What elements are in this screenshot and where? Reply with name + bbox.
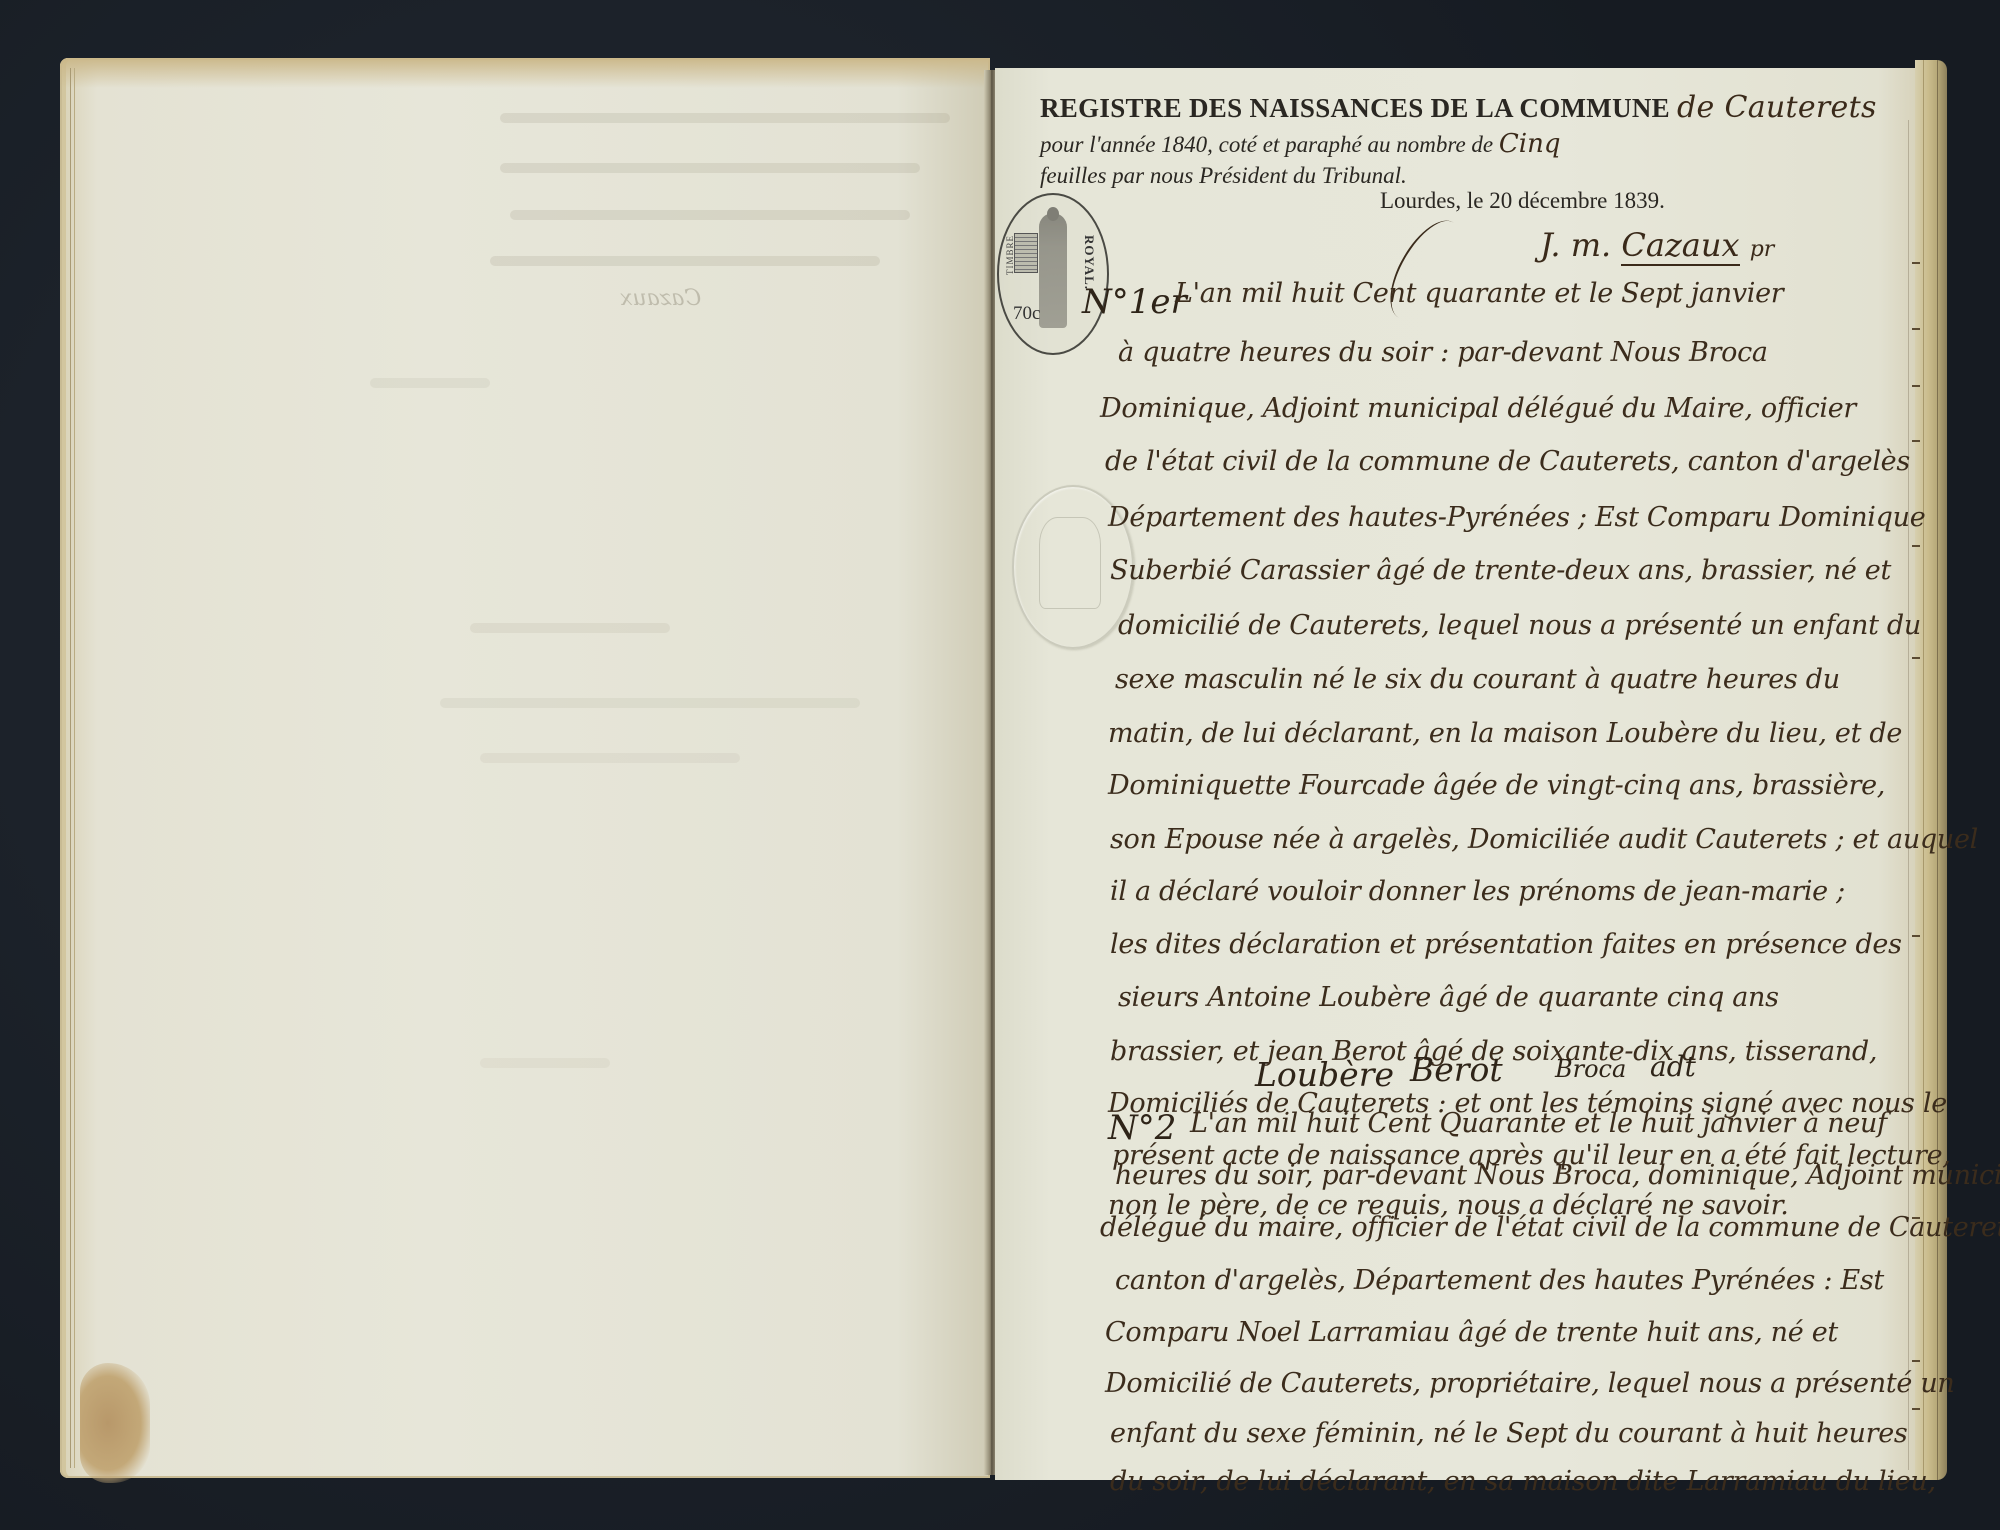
- entry1-line: domicilié de Cauterets, lequel nous a pr…: [1118, 610, 1921, 641]
- signature-suffix: pr: [1750, 237, 1775, 262]
- bleed-through-line: [440, 698, 860, 708]
- entry1-line: L'an mil huit Cent quarante et le Sept j…: [1175, 278, 1783, 309]
- stamp-value: 70c: [1013, 303, 1040, 325]
- signature-name: Cazaux: [1621, 226, 1739, 266]
- margin-tick: [1912, 1408, 1920, 1410]
- entry2-line: heures du soir, par-devant Nous Broca, d…: [1115, 1160, 2000, 1191]
- bleed-through-line: [470, 623, 670, 633]
- stamp-tablet-icon: [1014, 233, 1038, 273]
- margin-tick: [1912, 1360, 1920, 1362]
- president-signature: J. m. Cazaux pr: [1540, 226, 1774, 264]
- entry1-line: Dominique, Adjoint municipal délégué du …: [1100, 393, 1856, 424]
- bleed-through-line: [490, 256, 880, 266]
- signature-initials: J. m.: [1540, 226, 1611, 264]
- bleed-through-word: Cazaux: [620, 286, 701, 311]
- margin-tick: [1912, 935, 1920, 937]
- margin-tick: [1912, 440, 1920, 442]
- bleed-through-line: [480, 1058, 610, 1068]
- water-stain: [80, 1363, 150, 1483]
- stamp-legend-left: TIMBRE: [1005, 235, 1015, 275]
- bleed-through-line: [500, 163, 920, 173]
- margin-tick: [1912, 385, 1920, 387]
- entry1-line: les dites déclaration et présentation fa…: [1110, 929, 1902, 960]
- entry1-line: Dominiquette Fourcade âgée de vingt-cinq…: [1108, 770, 1885, 801]
- entry1-line: son Epouse née à argelès, Domiciliée aud…: [1110, 824, 1978, 855]
- title-printed: REGISTRE DES NAISSANCES DE LA COMMUNE: [1040, 93, 1670, 123]
- entry-number-1: N°1er: [1082, 282, 1187, 322]
- signature-broca: Broca: [1555, 1055, 1626, 1083]
- entry2-line: Domicilié de Cauterets, propriétaire, le…: [1105, 1368, 1955, 1399]
- entry2-line: L'an mil huit Cent Quarante et le huit j…: [1190, 1108, 1887, 1139]
- signature-adjoint: adt: [1650, 1050, 1696, 1083]
- entry1-line: matin, de lui déclarant, en la maison Lo…: [1108, 718, 1902, 749]
- register-spread: Cazaux REGISTRE DES NAISSANCES DE LA COM…: [0, 0, 2000, 1530]
- entry1-line: de l'état civil de la commune de Cautere…: [1105, 446, 1910, 477]
- margin-tick: [1912, 328, 1920, 330]
- margin-tick: [1912, 545, 1920, 547]
- margin-rule: [1908, 120, 1909, 1470]
- register-header: REGISTRE DES NAISSANCES DE LA COMMUNE de…: [1040, 90, 1900, 189]
- left-page: Cazaux: [60, 58, 990, 1478]
- register-year-line: pour l'année 1840, coté et paraphé au no…: [1040, 129, 1900, 159]
- commune-name-handwritten: de Cauterets: [1677, 90, 1877, 125]
- margin-tick: [1912, 262, 1920, 264]
- top-edge-stain: [60, 58, 990, 88]
- stamp-figure-icon: [1039, 213, 1067, 328]
- right-page-edge: [1915, 60, 1947, 1480]
- entry1-line: il a déclaré vouloir donner les prénoms …: [1110, 876, 1845, 907]
- entry1-line: Département des hautes-Pyrénées ; Est Co…: [1108, 502, 1925, 533]
- entry2-line: Comparu Noel Larramiau âgé de trente hui…: [1105, 1317, 1838, 1348]
- entry2-line: enfant du sexe féminin, né le Sept du co…: [1110, 1418, 1907, 1449]
- entry1-line: sexe masculin né le six du courant à qua…: [1115, 664, 1840, 695]
- entry1-line: sieurs Antoine Loubère âgé de quarante c…: [1118, 982, 1779, 1013]
- signature-loubere: Loubère: [1255, 1055, 1394, 1094]
- entry1-line: Suberbié Carassier âgé de trente-deux an…: [1110, 555, 1891, 586]
- sheet-count-handwritten: Cinq: [1499, 129, 1561, 159]
- bleed-through-line: [480, 753, 740, 763]
- register-title: REGISTRE DES NAISSANCES DE LA COMMUNE de…: [1040, 90, 1900, 125]
- margin-tick: [1912, 657, 1920, 659]
- bleed-through-line: [370, 378, 490, 388]
- entry1-line: à quatre heures du soir : par-devant Nou…: [1118, 337, 1768, 368]
- bleed-through-line: [500, 113, 950, 123]
- place-date: Lourdes, le 20 décembre 1839.: [1380, 188, 1665, 214]
- year-line-printed: pour l'année 1840, coté et paraphé au no…: [1040, 132, 1493, 157]
- tribunal-line: feuilles par nous Président du Tribunal.: [1040, 163, 1900, 189]
- entry2-line: du soir, de lui déclarant, en sa maison …: [1110, 1466, 1936, 1497]
- entry2-line: canton d'argelès, Département des hautes…: [1115, 1265, 1884, 1296]
- left-page-edge: [70, 68, 75, 1468]
- royal-tax-stamp: TIMBRE ROYAL. 70c: [997, 193, 1109, 355]
- signature-berot: Berot: [1410, 1050, 1503, 1089]
- bleed-through-line: [510, 210, 910, 220]
- entry2-line: délégué du maire, officier de l'état civ…: [1100, 1212, 2000, 1243]
- entry-number-2: N°2: [1108, 1108, 1176, 1148]
